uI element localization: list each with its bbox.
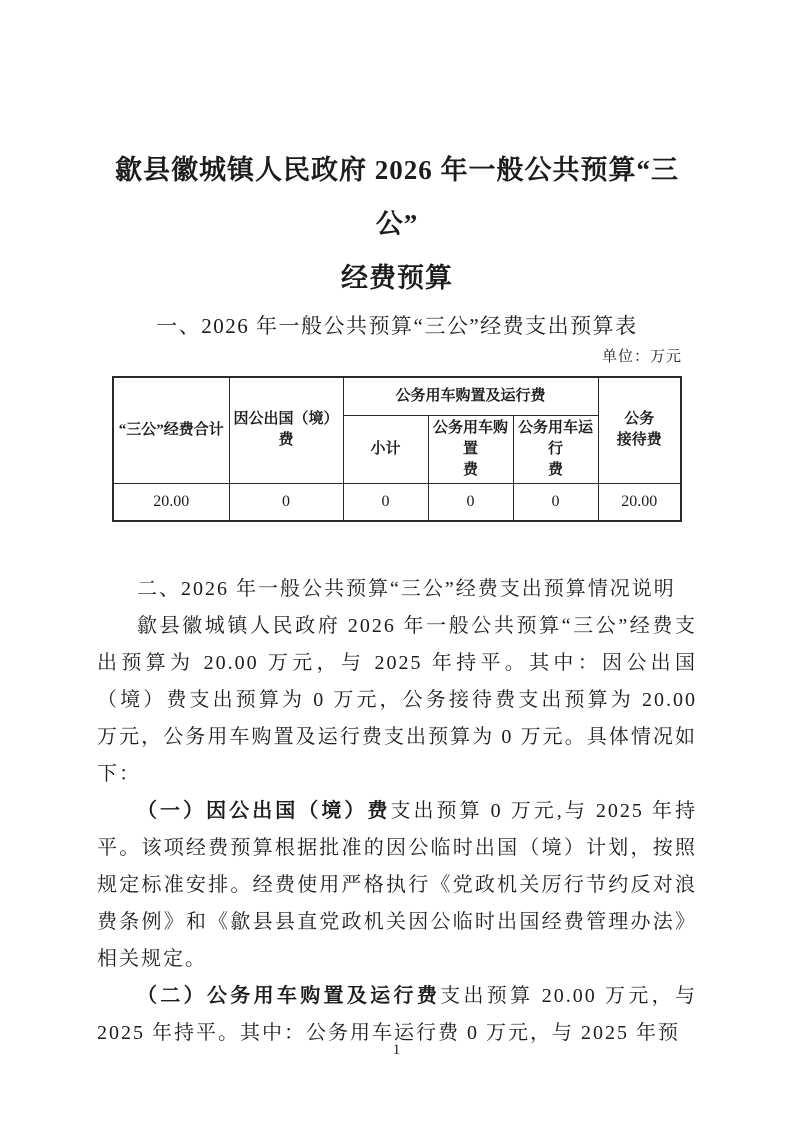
header-vehicle-group: 公务用车购置及运行费 <box>343 377 598 415</box>
section-2-heading: 二、2026 年一般公共预算“三公”经费支出预算情况说明 <box>97 571 697 608</box>
document-content: 歙县徽城镇人民政府 2026 年一般公共预算“三公” 经费预算 一、2026 年… <box>97 0 697 1052</box>
header-vehicle-purchase-fee: 公务用车购置 费 <box>428 415 513 483</box>
paragraph-overseas-trips: （一）因公出国（境）费支出预算 0 万元,与 2025 年持平。该项经费预算根据… <box>97 793 697 978</box>
three-public-funds-table: “三公”经费合计 因公出国（境）费 公务用车购置及运行费 公务 接待费 小计 公… <box>112 376 682 522</box>
header-vehicle-subtotal: 小计 <box>343 415 428 483</box>
header-total-expense: “三公”经费合计 <box>113 377 229 483</box>
cell-overseas-trips-fee: 0 <box>229 483 343 521</box>
header-official-reception-fee: 公务 接待费 <box>598 377 681 483</box>
section-1-heading: 一、2026 年一般公共预算“三公”经费支出预算表 <box>97 313 697 339</box>
cell-vehicle-purchase-fee: 0 <box>428 483 513 521</box>
cell-official-reception-fee: 20.00 <box>598 483 681 521</box>
cell-total-expense: 20.00 <box>113 483 229 521</box>
table-header-row-1: “三公”经费合计 因公出国（境）费 公务用车购置及运行费 公务 接待费 <box>113 377 681 415</box>
page-number: 1 <box>0 1041 793 1059</box>
document-page: 歙县徽城镇人民政府 2026 年一般公共预算“三公” 经费预算 一、2026 年… <box>0 0 793 1122</box>
document-title-line-1: 歙县徽城镇人民政府 2026 年一般公共预算“三公” <box>97 143 697 251</box>
paragraph-lead-bold: （一）因公出国（境）费 <box>137 800 390 822</box>
paragraph-overview: 歙县徽城镇人民政府 2026 年一般公共预算“三公”经费支出预算为 20.00 … <box>97 608 697 793</box>
unit-label: 单位：万元 <box>97 347 682 367</box>
paragraph-text: 歙县徽城镇人民政府 2026 年一般公共预算“三公”经费支出预算为 20.00 … <box>97 615 697 785</box>
document-title: 歙县徽城镇人民政府 2026 年一般公共预算“三公” 经费预算 <box>97 143 697 305</box>
cell-vehicle-subtotal: 0 <box>343 483 428 521</box>
header-overseas-trips-fee: 因公出国（境）费 <box>229 377 343 483</box>
cell-vehicle-operation-fee: 0 <box>513 483 598 521</box>
header-vehicle-operation-fee: 公务用车运行 费 <box>513 415 598 483</box>
paragraph-text: 支出预算 0 万元,与 2025 年持平。该项经费预算根据批准的因公临时出国（境… <box>97 800 697 970</box>
table-data-row: 20.00 0 0 0 0 20.00 <box>113 483 681 521</box>
paragraph-lead-bold: （二）公务用车购置及运行费 <box>137 985 440 1007</box>
section-2: 二、2026 年一般公共预算“三公”经费支出预算情况说明 歙县徽城镇人民政府 2… <box>97 571 697 1052</box>
document-title-line-2: 经费预算 <box>97 251 697 305</box>
